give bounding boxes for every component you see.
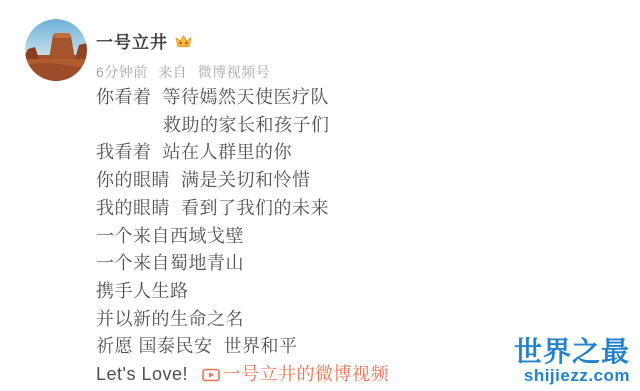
source-channel-link[interactable]: 微博视频号 — [198, 64, 271, 80]
content-line: 我的眼睛 看到了我们的未来 — [96, 195, 526, 223]
weibo-video-link[interactable]: 一号立井的微博视频 — [223, 361, 390, 389]
post-content: 你看着 等待嫣然天使医疗队 救助的家长和孩子们 我看着 站在人群里的你 你的眼睛… — [96, 84, 526, 389]
crown-icon — [175, 34, 192, 48]
vip-crown-badge — [175, 34, 192, 48]
video-icon — [202, 368, 220, 382]
post-timestamp: 6分钟前 — [96, 64, 148, 80]
content-line: 一个来自蜀地青山 — [96, 250, 526, 278]
post-header: 一号立井 6分钟前 来自 微博视频号 — [96, 28, 270, 82]
avatar-desert-image — [25, 19, 87, 81]
content-line: 一个来自西域戈壁 — [96, 223, 526, 251]
post-meta: 6分钟前 来自 微博视频号 — [96, 62, 270, 82]
weibo-post-card: 一号立井 6分钟前 来自 微博视频号 你看着 等待嫣然天使医疗队 救助的家长和孩… — [0, 0, 640, 391]
watermark-domain-text: shijiezz.com — [514, 366, 630, 386]
lets-love-text: Let's Love! — [96, 361, 194, 389]
content-last-line: Let's Love! 一号立井的微博视频 — [96, 361, 526, 389]
username[interactable]: 一号立井 — [96, 28, 168, 53]
watermark-cn-text: 世界之最 — [514, 338, 630, 366]
content-line: 我看着 站在人群里的你 — [96, 139, 526, 167]
content-line: 你的眼睛 满是关切和怜惜 — [96, 167, 526, 195]
source-prefix: 来自 — [158, 64, 187, 80]
content-line: 救助的家长和孩子们 — [96, 112, 526, 140]
site-watermark: 世界之最 shijiezz.com — [514, 338, 630, 386]
content-line: 并以新的生命之名 — [96, 306, 526, 334]
content-line: 携手人生路 — [96, 278, 526, 306]
avatar[interactable] — [25, 19, 87, 81]
content-line: 你看着 等待嫣然天使医疗队 — [96, 84, 526, 112]
content-line: 祈愿 国泰民安 世界和平 — [96, 333, 526, 361]
